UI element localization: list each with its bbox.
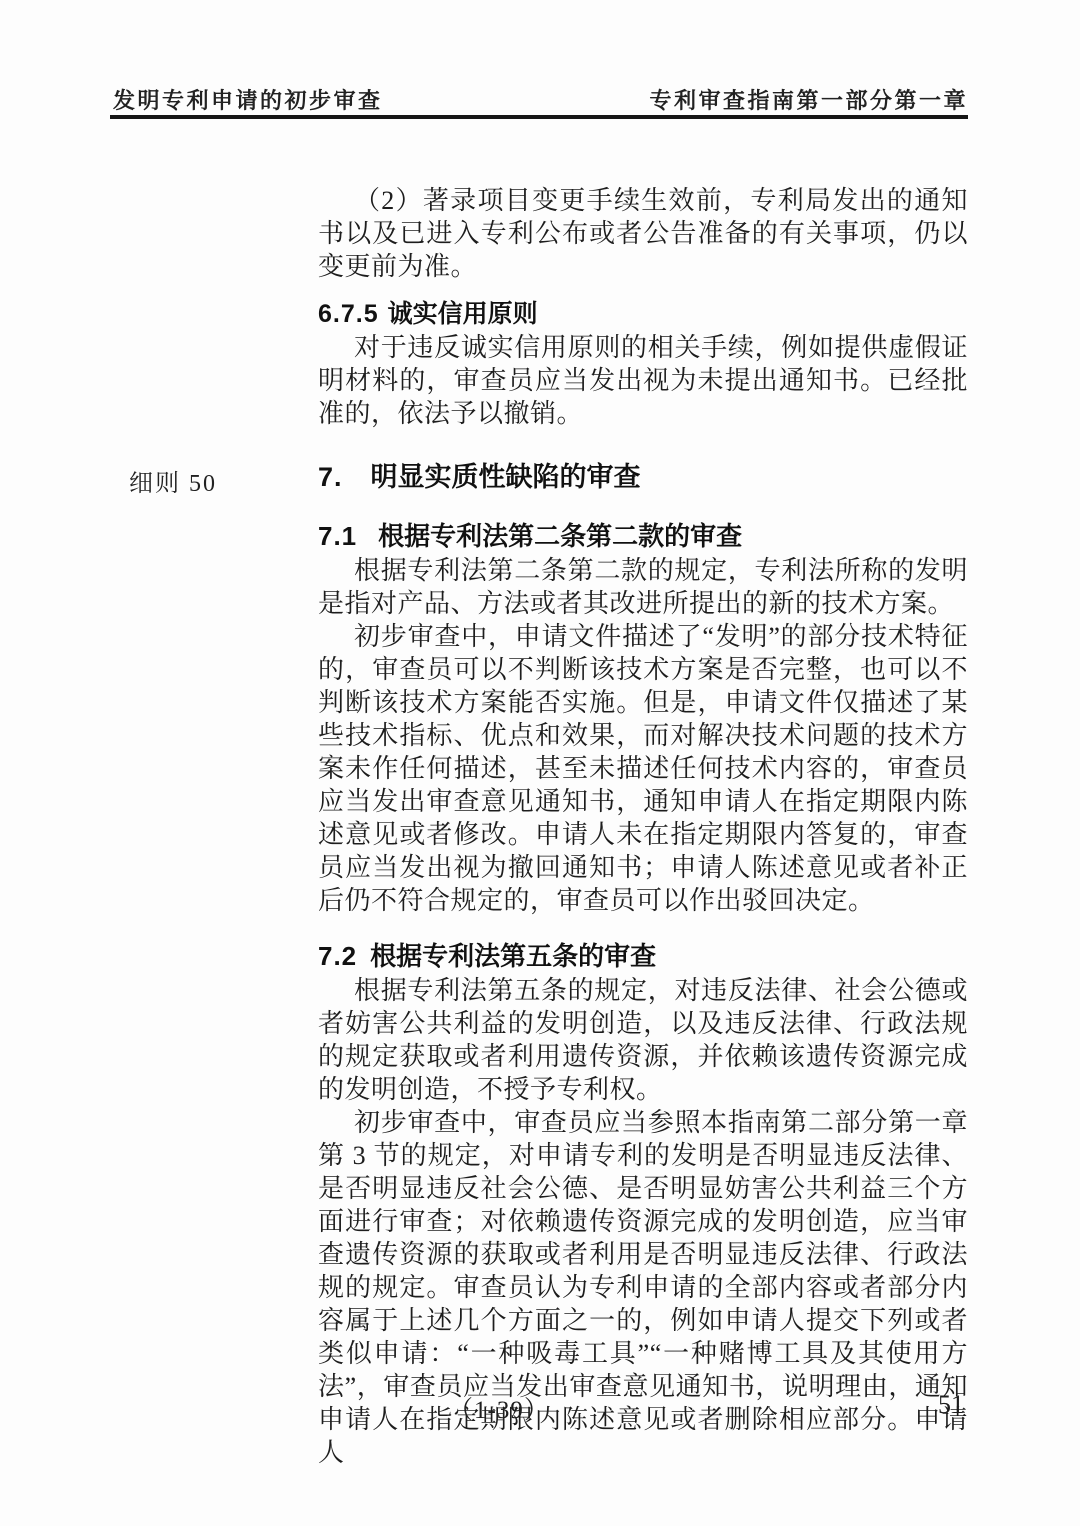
paragraph-7-2-rule: 根据专利法第五条的规定，对违反法律、社会公德或者妨害公共利益的发明创造，以及违反… xyxy=(318,974,968,1106)
running-header: 发明专利申请的初步审查 专利审查指南第一部分第一章 xyxy=(113,84,968,115)
heading-7-1-title: 根据专利法第二条第二款的审查 xyxy=(378,521,742,551)
heading-7-2: 7.2根据专利法第五条的审查 xyxy=(318,940,968,973)
heading-6-7-5: 6.7.5诚实信用原则 xyxy=(318,298,968,331)
margin-note-rule-50: 细则 50 xyxy=(129,463,217,498)
heading-6-7-5-title: 诚实信用原则 xyxy=(388,300,538,328)
heading-7-2-title: 根据专利法第五条的审查 xyxy=(370,941,656,971)
text-column: （2）著录项目变更手续生效前，专利局发出的通知书以及已进入专利公布或者公告准备的… xyxy=(318,184,968,1469)
running-head-left: 发明专利申请的初步审查 xyxy=(113,84,383,115)
heading-7-title: 明显实质性缺陷的审查 xyxy=(371,462,641,492)
header-rule xyxy=(110,115,968,119)
heading-7-row: 细则 50 7.明显实质性缺陷的审查 xyxy=(318,461,968,494)
heading-7: 7.明显实质性缺陷的审查 xyxy=(318,461,968,494)
paragraph-7-1-examination: 初步审查中，申请文件描述了“发明”的部分技术特征的，审查员可以不判断该技术方案是… xyxy=(318,620,968,917)
footer-section-number: （1-39） xyxy=(448,1390,550,1426)
footer-page-number: 51 xyxy=(938,1390,964,1420)
heading-7-1: 7.1根据专利法第二条第二款的审查 xyxy=(318,520,968,553)
heading-7-2-number: 7.2 xyxy=(318,941,357,971)
paragraph-catalog-change-item2: （2）著录项目变更手续生效前，专利局发出的通知书以及已进入专利公布或者公告准备的… xyxy=(318,184,968,283)
heading-6-7-5-number: 6.7.5 xyxy=(318,300,379,328)
heading-7-number: 7. xyxy=(318,462,343,492)
running-head-right: 专利审查指南第一部分第一章 xyxy=(649,84,968,115)
paragraph-good-faith: 对于违反诚实信用原则的相关手续，例如提供虚假证明材料的，审查员应当发出视为未提出… xyxy=(318,331,968,430)
document-page: 发明专利申请的初步审查 专利审查指南第一部分第一章 （2）著录项目变更手续生效前… xyxy=(0,0,1080,1526)
paragraph-7-1-definition: 根据专利法第二条第二款的规定，专利法所称的发明是指对产品、方法或者其改进所提出的… xyxy=(318,554,968,620)
heading-7-1-number: 7.1 xyxy=(318,521,357,551)
paragraph-7-2-examination: 初步审查中，审查员应当参照本指南第二部分第一章第 3 节的规定，对申请专利的发明… xyxy=(318,1106,968,1469)
